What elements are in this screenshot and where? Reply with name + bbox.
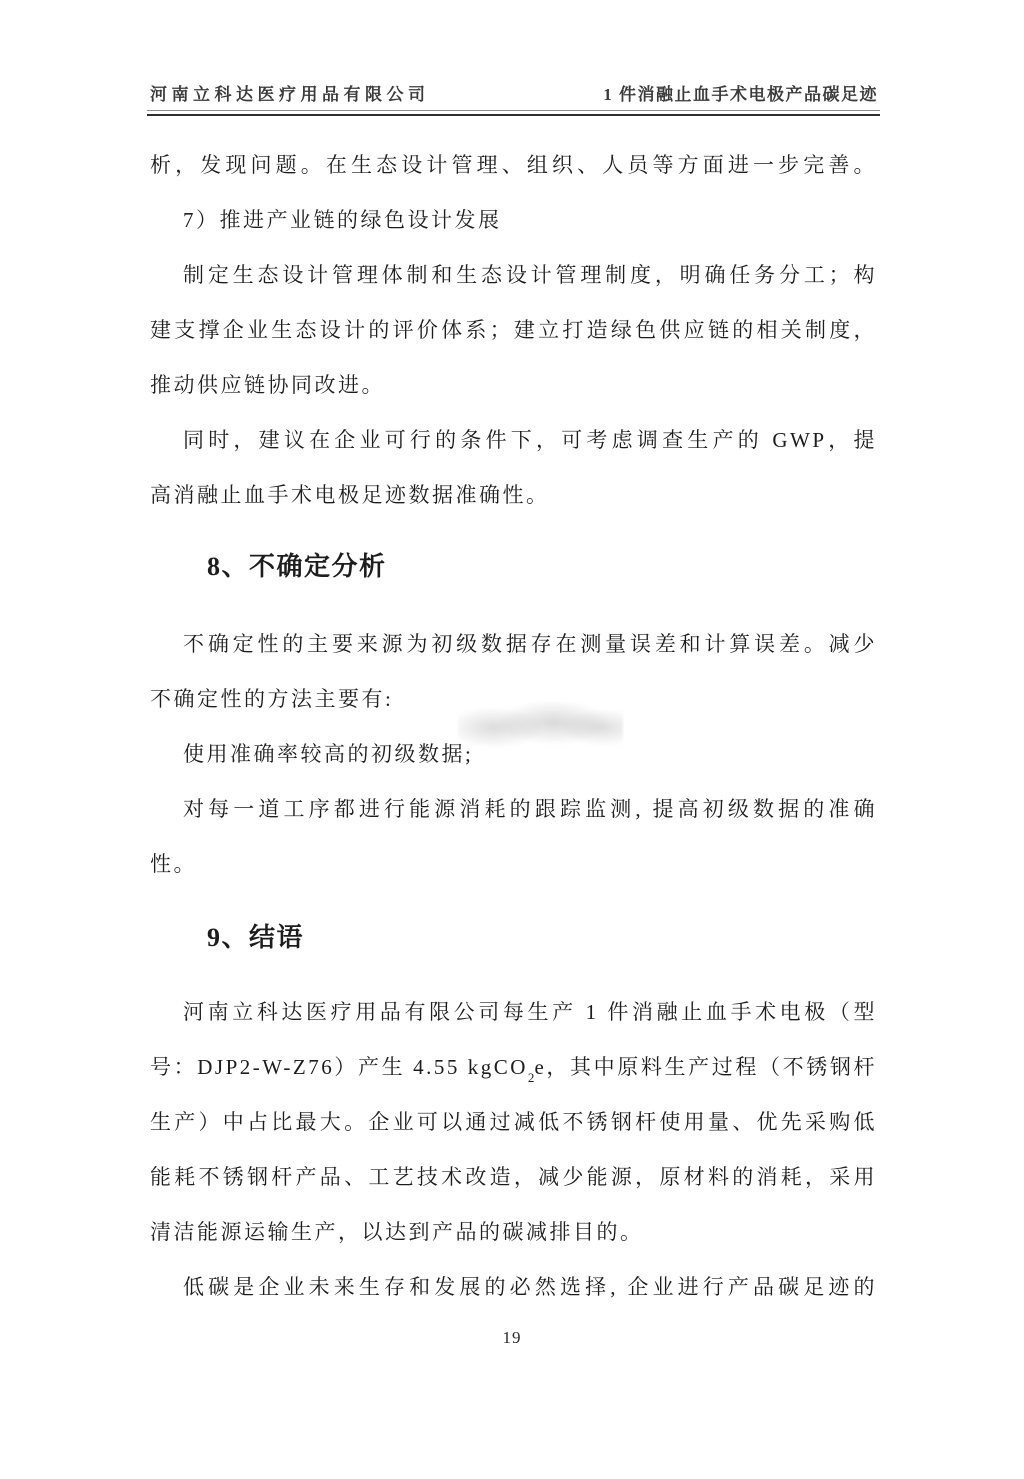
co2e-text-pre: 号：DJP2-W-Z76）产生 4.55 kgCO: [150, 1055, 528, 1079]
section-heading-conclusion: 9、结语: [207, 912, 877, 964]
body-line-co2e: 号：DJP2-W-Z76）产生 4.55 kgCO2e，其中原料生产过程（不锈钢…: [150, 1040, 877, 1095]
body-line: 性。: [150, 837, 877, 892]
body-line: 清洁能源运输生产，以达到产品的碳减排目的。: [150, 1205, 877, 1260]
header-document-title: 1 件消融止血手术电极产品碳足迹: [603, 80, 878, 105]
section-heading-uncertainty: 8、不确定分析: [207, 541, 877, 593]
body-line: 使用准确率较高的初级数据;: [150, 727, 877, 782]
page-header: 河南立科达医疗用品有限公司 1 件消融止血手术电极产品碳足迹: [150, 80, 878, 105]
body-line: 能耗不锈钢杆产品、工艺技术改造，减少能源，原材料的消耗，采用: [150, 1150, 877, 1205]
document-body: 析，发现问题。在生态设计管理、组织、人员等方面进一步完善。 7）推进产业链的绿色…: [150, 138, 877, 1315]
body-line: 生产）中占比最大。企业可以通过减低不锈钢杆使用量、优先采购低: [150, 1095, 877, 1150]
body-line: 同时，建议在企业可行的条件下，可考虑调查生产的 GWP，提: [150, 413, 877, 468]
body-line: 高消融止血手术电极足迹数据准确性。: [150, 468, 877, 523]
subsection-7-title: 7）推进产业链的绿色设计发展: [150, 193, 877, 248]
document-page: 河南立科达医疗用品有限公司 1 件消融止血手术电极产品碳足迹 析，发现问题。在生…: [0, 0, 1024, 1479]
body-line: 析，发现问题。在生态设计管理、组织、人员等方面进一步完善。: [150, 138, 877, 193]
header-company-name: 河南立科达医疗用品有限公司: [150, 80, 430, 105]
co2-subscript: 2: [528, 1070, 535, 1085]
body-line: 对每一道工序都进行能源消耗的跟踪监测, 提高初级数据的准确: [150, 782, 877, 837]
body-line: 推动供应链协同改进。: [150, 358, 877, 413]
body-line: 制定生态设计管理体制和生态设计管理制度，明确任务分工；构: [150, 248, 877, 303]
body-line: 河南立科达医疗用品有限公司每生产 1 件消融止血手术电极（型: [150, 985, 877, 1040]
header-rule: [147, 110, 880, 116]
body-line: 建支撑企业生态设计的评价体系；建立打造绿色供应链的相关制度，: [150, 303, 877, 358]
page-number: 19: [0, 1328, 1024, 1348]
body-line: 不确定性的方法主要有:: [150, 672, 877, 727]
co2e-text-post: e，其中原料生产过程（不锈钢杆: [534, 1055, 877, 1079]
body-line: 低碳是企业未来生存和发展的必然选择, 企业进行产品碳足迹的: [150, 1260, 877, 1315]
body-line: 不确定性的主要来源为初级数据存在测量误差和计算误差。减少: [150, 617, 877, 672]
